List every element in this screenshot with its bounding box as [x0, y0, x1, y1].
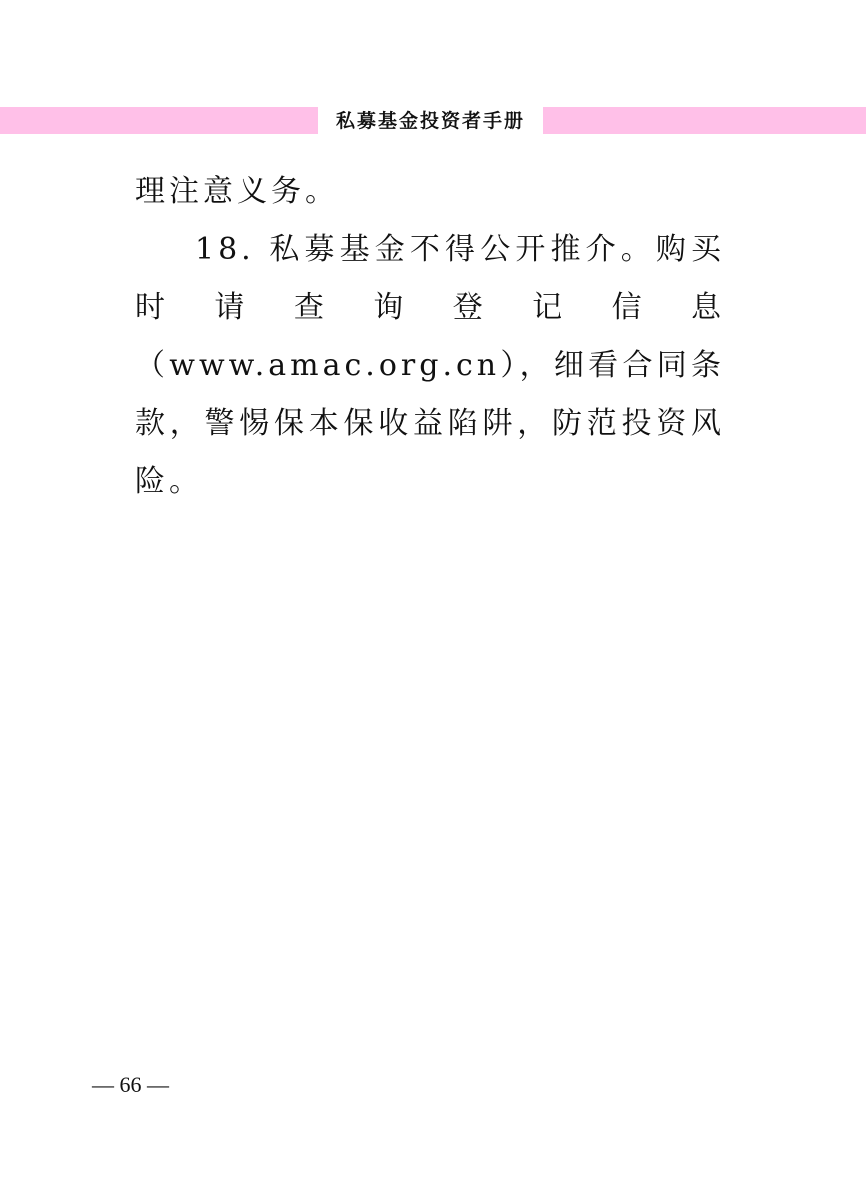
- body-text: 理注意义务。 18. 私募基金不得公开推介。购买时请查询登记信息（www.ama…: [135, 163, 725, 511]
- header-bar-left: [0, 107, 318, 134]
- header-bar-right: [543, 107, 866, 134]
- page-number: — 66 —: [92, 1072, 169, 1098]
- running-header-title: 私募基金投资者手册: [318, 106, 543, 136]
- paragraph-item-18: 18. 私募基金不得公开推介。购买时请查询登记信息（www.amac.org.c…: [135, 221, 725, 511]
- paragraph-continuation: 理注意义务。: [135, 163, 725, 221]
